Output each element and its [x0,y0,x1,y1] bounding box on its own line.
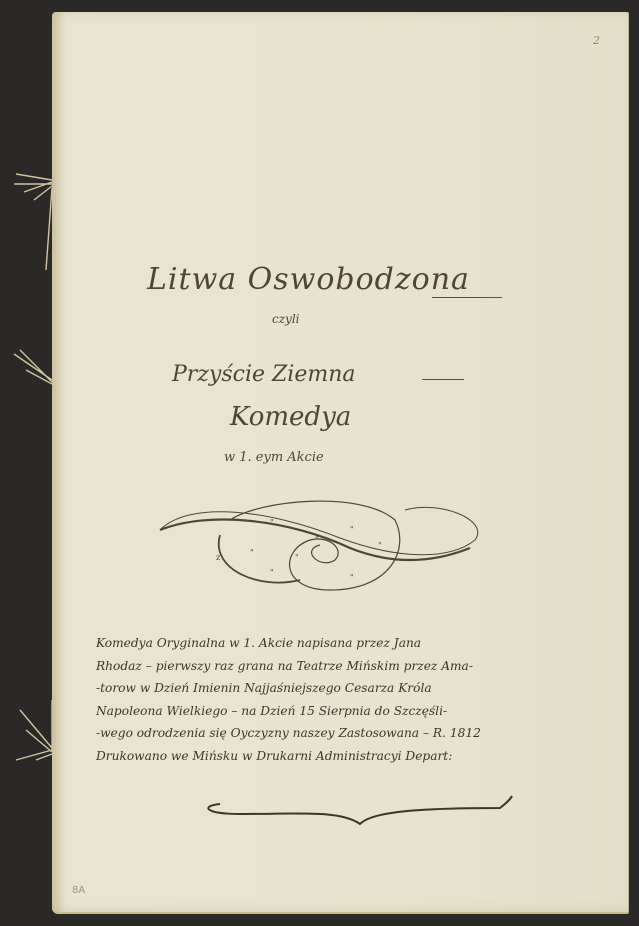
title-acts: w 1. eym Akcie [224,450,324,465]
body-line: -torow w Dzień Imienin Najjaśniejszego C… [96,677,626,700]
body-line: Napoleona Wielkiego – na Dzień 15 Sierpn… [96,700,626,723]
manuscript-page: 2 Litwa Oswobodzona czyli Przyście Ziemn… [52,12,629,914]
svg-text:": " [270,568,274,577]
title-connector: czyli [272,312,300,326]
binding-thread [6,340,58,400]
body-line: -wego odrodzenia się Oyczyzny naszey Zas… [96,722,626,745]
catalog-mark: 8A [72,885,85,896]
binding-thread [6,690,58,770]
closing-flourish-icon [200,790,520,830]
svg-text:z: z [216,553,220,562]
title-line-1: Litwa Oswobodzona [147,262,470,297]
svg-text:": " [350,573,354,582]
title-line-2: Przyście Ziemna [172,362,356,387]
svg-text:": " [295,553,299,562]
binding-thread [6,170,58,290]
title-rule [432,297,502,298]
body-line: Rhodaz – pierwszy raz grana na Teatrze M… [96,655,626,678]
svg-text:": " [270,518,274,527]
svg-text:": " [378,541,382,550]
svg-text:": " [350,525,354,534]
body-line: Drukowano we Mińsku w Drukarni Administr… [96,745,626,768]
svg-text:": " [315,535,319,544]
page-number: 2 [593,34,600,47]
svg-text:": " [250,548,254,557]
title-rule [422,379,464,380]
body-paragraph: Komedya Oryginalna w 1. Akcie napisana p… [96,632,626,767]
title-genre: Komedya [230,402,351,432]
ornamental-flourish-icon: """ """ ""z [150,490,490,600]
body-line: Komedya Oryginalna w 1. Akcie napisana p… [96,632,626,655]
